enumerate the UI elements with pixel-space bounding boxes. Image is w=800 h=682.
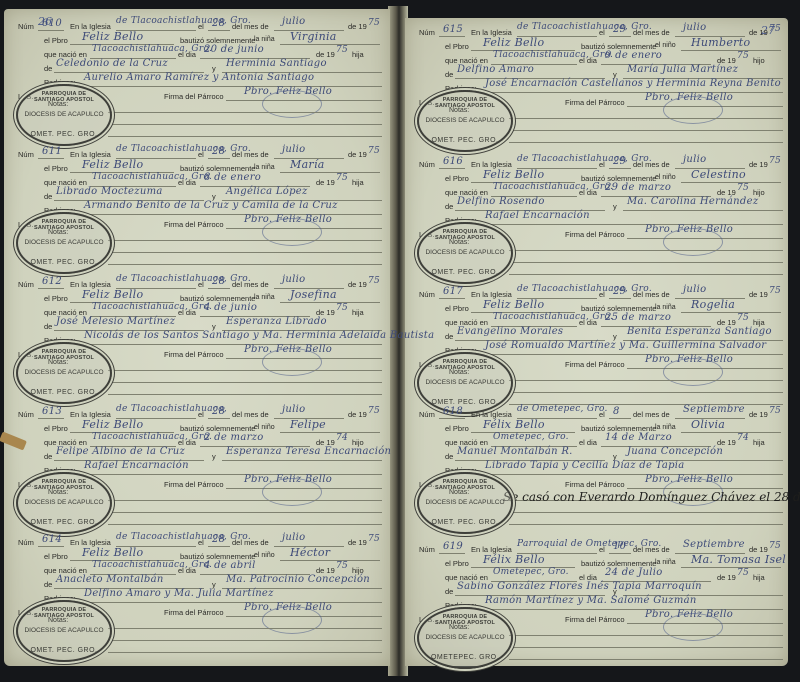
- baptism-record: Núm 617 En la Iglesia de Tlacoachistlahu…: [405, 290, 790, 420]
- madre-value: Esperanza Teresa Encarnación: [226, 446, 391, 457]
- baptism-record: Núm 611 En la Iglesia de Tlacoachistlahu…: [4, 150, 389, 280]
- seal-bottom-text: OMET. PEC. GRO.: [28, 647, 100, 654]
- nombre-value: Felipe: [290, 418, 326, 431]
- seal-bottom-text: OMET. PEC. GRO.: [429, 137, 501, 144]
- baptism-record: Núm 616 En la Iglesia de Tlacoachistlahu…: [405, 160, 790, 290]
- nacimiento-value: 25 de marzo: [605, 312, 671, 323]
- nacimiento-value: 24 de Julio: [605, 567, 663, 578]
- num-label: Núm: [419, 545, 435, 554]
- signature-flourish-icon: [262, 218, 322, 246]
- record-number: 617: [443, 286, 463, 297]
- firma-label: Firma del Párroco: [565, 360, 625, 369]
- anio-label: de 19: [348, 150, 367, 159]
- madre-value: Angélica López: [226, 186, 308, 197]
- notas-label: Notas:: [48, 617, 68, 624]
- notas-label: Notas:: [449, 489, 469, 496]
- num-label: Núm: [18, 22, 34, 31]
- padre-value: Delfino Amaro: [457, 64, 534, 75]
- dia-value: 28: [212, 406, 225, 417]
- seal-mid-text: DIOCESIS DE ACAPULCO: [423, 249, 507, 256]
- record-number: 615: [443, 24, 463, 35]
- baptism-record: Núm 610 En la Iglesia de Tlacoachistlahu…: [4, 22, 389, 152]
- de-label: de: [445, 587, 453, 596]
- nombre-value: Virginia: [290, 30, 337, 43]
- dia-value: 28: [212, 276, 225, 287]
- mes-label: del mes de: [633, 290, 670, 299]
- anio-value: 75: [769, 24, 781, 34]
- num-label: Núm: [419, 28, 435, 37]
- de-label: de: [44, 192, 52, 201]
- anio-nac-value: 75: [737, 313, 749, 323]
- num-label: Núm: [419, 160, 435, 169]
- anio-nac-value: 75: [336, 303, 348, 313]
- iglesia-value: de Ometepec, Gro.: [517, 404, 608, 414]
- anio-label: de 19: [749, 160, 768, 169]
- el-label: el: [599, 28, 605, 37]
- el-label: el: [599, 410, 605, 419]
- iglesia-value: de Tlacoachistlahuaca, Gro.: [116, 16, 251, 26]
- el-label: el: [198, 150, 204, 159]
- anio-label: de 19: [749, 410, 768, 419]
- baptism-record: Núm 614 En la Iglesia de Tlacoachistlahu…: [4, 538, 389, 668]
- padre-value: Librado Moctezuma: [56, 186, 163, 197]
- dia-value: 28: [212, 146, 225, 157]
- dia-label: el dia: [579, 438, 597, 447]
- pbro-label: el Pbro: [44, 424, 68, 433]
- nombre-value: Rogelia: [691, 298, 735, 311]
- record-number: 616: [443, 156, 463, 167]
- sexo-value: la niña: [254, 294, 275, 301]
- nombre-value: María: [290, 158, 325, 171]
- dia-value: 29: [613, 156, 626, 167]
- anio-value: 75: [769, 156, 781, 166]
- hijo-value: hija: [753, 438, 765, 447]
- sexo-value: la niña: [254, 36, 275, 43]
- de-label: de: [44, 452, 52, 461]
- nacimiento-value: 29 de marzo: [605, 182, 671, 193]
- record-number: 613: [42, 406, 62, 417]
- seal-mid-text: DIOCESIS DE ACAPULCO: [423, 117, 507, 124]
- mes-value: julio: [683, 22, 706, 33]
- madre-value: Herminia Santiago: [226, 58, 327, 69]
- parish-seal-icon: PARROQUIA DE SANTIAGO APOSTOL Notas: DIO…: [16, 600, 112, 662]
- seal-bottom-text: OMET. PEC. GRO.: [28, 389, 100, 396]
- seal-mid-text: DIOCESIS DE ACAPULCO: [22, 627, 106, 634]
- padrinos-value: Armando Benito de la Cruz y Camila de la…: [84, 200, 338, 211]
- anio-value: 75: [368, 18, 380, 28]
- parish-seal-icon: PARROQUIA DE SANTIAGO APOSTOL Notas: DIO…: [417, 352, 513, 414]
- notas-label: Notas:: [449, 239, 469, 246]
- num-label: Núm: [18, 410, 34, 419]
- sexo-value: el niño: [254, 424, 275, 431]
- anio-value: 75: [368, 534, 380, 544]
- mes-value: julio: [282, 16, 305, 27]
- parish-seal-icon: PARROQUIA DE SANTIAGO APOSTOL Notas: DIO…: [16, 212, 112, 274]
- anio-nac-value: 74: [737, 433, 749, 443]
- madre-value: María Julia Martínez: [627, 64, 738, 75]
- signature-flourish-icon: [663, 358, 723, 386]
- baptism-record: Núm 613 En la Iglesia de Tlacoachistlahu…: [4, 410, 389, 540]
- notas-label: Notas:: [48, 489, 68, 496]
- y-label: y: [613, 202, 617, 211]
- nacimiento-value: 2 de marzo: [204, 432, 264, 443]
- nacimiento-value: 8 de enero: [204, 172, 261, 183]
- madre-value: Benita Esperanza Santiago: [627, 326, 772, 337]
- record-number: 612: [42, 276, 62, 287]
- baptism-record: Núm 618 En la Iglesia de Ometepec, Gro. …: [405, 410, 790, 540]
- baptism-record: Núm 615 En la Iglesia de Tlacoachistlahu…: [405, 28, 790, 158]
- lugar-value: Ometepec, Gro.: [493, 567, 569, 577]
- seal-bottom-text: OMETEPEC. GRO.: [429, 654, 501, 661]
- el-label: el: [198, 538, 204, 547]
- hijo-value: hija: [753, 573, 765, 582]
- anio-nac-value: 75: [737, 568, 749, 578]
- firma-label: Firma del Párroco: [164, 220, 224, 229]
- de-label: de: [44, 322, 52, 331]
- hijo-value: hija: [352, 178, 364, 187]
- anio-nac-value: 75: [737, 51, 749, 61]
- hijo-value: hija: [352, 308, 364, 317]
- mes-value: julio: [282, 532, 305, 543]
- el-label: el: [599, 545, 605, 554]
- anio-value: 75: [368, 406, 380, 416]
- nacimiento-value: 4 de junio: [204, 302, 257, 313]
- iglesia-value: de Tlacoachistlahuaca, Gro.: [116, 144, 251, 154]
- pbro-value: Feliz Bello: [82, 158, 143, 171]
- anio-nac-value: 75: [336, 173, 348, 183]
- seal-bottom-text: OMET. PEC. GRO.: [28, 131, 100, 138]
- seal-mid-text: DIOCESIS DE ACAPULCO: [423, 499, 507, 506]
- el-label: el: [198, 22, 204, 31]
- num-label: Núm: [419, 410, 435, 419]
- nacimiento-value: 14 de Marzo: [605, 432, 672, 443]
- dia-label: el dia: [178, 566, 196, 575]
- mes-value: julio: [282, 274, 305, 285]
- padrinos-value: Librado Tapia y Cecilia Díaz de Tapia: [485, 460, 685, 471]
- firma-label: Firma del Párroco: [565, 615, 625, 624]
- sexo-value: la niña: [655, 304, 676, 311]
- mes-value: julio: [282, 144, 305, 155]
- anio-label: de 19: [348, 410, 367, 419]
- anio-value: 75: [769, 286, 781, 296]
- mes-label: del mes de: [232, 538, 269, 547]
- baptism-record: Núm 612 En la Iglesia de Tlacoachistlahu…: [4, 280, 389, 410]
- mes-label: del mes de: [633, 28, 670, 37]
- mes-label: del mes de: [232, 280, 269, 289]
- notas-label: Notas:: [449, 369, 469, 376]
- anio-value: 75: [368, 276, 380, 286]
- anio-label: de 19: [348, 22, 367, 31]
- dia-value: 8: [613, 406, 620, 417]
- seal-mid-text: DIOCESIS DE ACAPULCO: [22, 369, 106, 376]
- sexo-value: el niño: [655, 42, 676, 49]
- anio-nac-label: de 19: [316, 178, 335, 187]
- seal-mid-text: DIOCESIS DE ACAPULCO: [22, 499, 106, 506]
- pbro-value: Feliz Bello: [82, 546, 143, 559]
- firma-label: Firma del Párroco: [164, 92, 224, 101]
- baptism-record: Núm 619 En la Iglesia Parroquial de Omet…: [405, 545, 790, 675]
- parish-seal-icon: PARROQUIA DE SANTIAGO APOSTOL Notas: DIO…: [16, 84, 112, 146]
- pbro-value: Félix Bello: [483, 418, 545, 431]
- el-label: el: [599, 290, 605, 299]
- de-label: de: [445, 202, 453, 211]
- de-label: de: [445, 70, 453, 79]
- record-number: 618: [443, 406, 463, 417]
- pbro-label: el Pbro: [44, 294, 68, 303]
- nombre-value: Josefina: [290, 288, 337, 301]
- padre-value: José Melesio Martínez: [56, 316, 175, 327]
- signature-flourish-icon: [262, 606, 322, 634]
- notas-label: Notas:: [48, 359, 68, 366]
- padrinos-value: Nicolás de los Santos Santiago y Ma. Her…: [84, 330, 434, 341]
- pbro-label: el Pbro: [445, 424, 469, 433]
- parish-seal-icon: PARROQUIA DE SANTIAGO APOSTOL Notas: DIO…: [16, 472, 112, 534]
- nombre-value: Ma. Tomasa Isel: [691, 553, 786, 566]
- nombre-value: Humberto: [691, 36, 750, 49]
- seal-bottom-text: OMET. PEC. GRO.: [28, 259, 100, 266]
- dia-label: el dia: [178, 50, 196, 59]
- padrinos-value: Ramón Martínez y Ma. Salomé Guzmán: [485, 595, 697, 606]
- sexo-value: la niña: [655, 559, 676, 566]
- firma-label: Firma del Párroco: [565, 480, 625, 489]
- signature-flourish-icon: [262, 348, 322, 376]
- anio-label: de 19: [749, 290, 768, 299]
- dia-label: el dia: [579, 188, 597, 197]
- padre-value: Felipe Albino de la Cruz: [56, 446, 185, 457]
- pbro-value: Feliz Bello: [483, 36, 544, 49]
- pbro-label: el Pbro: [445, 304, 469, 313]
- firma-label: Firma del Párroco: [164, 480, 224, 489]
- record-number: 619: [443, 541, 463, 552]
- mes-label: del mes de: [633, 545, 670, 554]
- num-label: Núm: [18, 150, 34, 159]
- iglesia-value: de Tlacoachistlahuaca, Gro.: [116, 274, 251, 284]
- sexo-value: la niña: [655, 424, 676, 431]
- madre-value: Juana Concepción: [627, 446, 723, 457]
- el-label: el: [599, 160, 605, 169]
- madre-value: Ma. Carolina Hernández: [627, 196, 758, 207]
- de-label: de: [44, 64, 52, 73]
- sexo-value: la niña: [254, 164, 275, 171]
- padrinos-value: Aurelio Amaro Ramírez y Antonia Santiago: [84, 72, 314, 83]
- record-number: 611: [42, 146, 62, 157]
- mes-label: del mes de: [232, 150, 269, 159]
- padrinos-value: Rafael Encarnación: [84, 460, 189, 471]
- mes-label: del mes de: [633, 410, 670, 419]
- pbro-value: Feliz Bello: [82, 30, 143, 43]
- hijo-value: hijo: [753, 56, 765, 65]
- dia-label: el dia: [178, 308, 196, 317]
- seal-mid-text: DIOCESIS DE ACAPULCO: [423, 379, 507, 386]
- num-label: Núm: [18, 280, 34, 289]
- anio-nac-label: de 19: [717, 573, 736, 582]
- padre-value: Sabino González Flores Inés Tapia Marroq…: [457, 581, 702, 592]
- iglesia-value: de Tlacoachistlahuaca, Gro.: [517, 284, 652, 294]
- parish-seal-icon: PARROQUIA DE SANTIAGO APOSTOL Notas: DIO…: [417, 607, 513, 669]
- padrinos-value: Delfino Amaro y Ma. Julia Martínez: [84, 588, 274, 599]
- de-label: de: [445, 452, 453, 461]
- madre-value: Esperanza Librado: [226, 316, 327, 327]
- dia-value: 28: [212, 534, 225, 545]
- padrinos-value: José Encarnación Castellanos y Herminia …: [485, 78, 781, 89]
- hijo-value: hija: [352, 50, 364, 59]
- mes-value: Septiembre: [683, 539, 745, 550]
- seal-bottom-text: OMET. PEC. GRO.: [28, 519, 100, 526]
- dia-label: el dia: [579, 56, 597, 65]
- dia-value: 29: [613, 24, 626, 35]
- pbro-value: Félix Bello: [483, 553, 545, 566]
- iglesia-value: de Tlacoachistlahuaca,: [116, 404, 227, 414]
- num-label: Núm: [18, 538, 34, 547]
- seal-mid-text: DIOCESIS DE ACAPULCO: [423, 634, 507, 641]
- anio-value: 75: [769, 541, 781, 551]
- nacimiento-value: 4 de abril: [204, 560, 256, 571]
- dia-value: 10: [613, 541, 626, 552]
- parish-seal-icon: PARROQUIA DE SANTIAGO APOSTOL Notas: DIO…: [417, 222, 513, 284]
- pbro-label: el Pbro: [445, 559, 469, 568]
- notas-label: Notas:: [449, 107, 469, 114]
- mes-label: del mes de: [232, 22, 269, 31]
- anio-nac-value: 75: [336, 45, 348, 55]
- seal-mid-text: DIOCESIS DE ACAPULCO: [22, 111, 106, 118]
- sexo-value: el niño: [655, 174, 676, 181]
- signature-flourish-icon: [262, 90, 322, 118]
- pbro-value: Feliz Bello: [483, 168, 544, 181]
- dia-value: 28: [212, 18, 225, 29]
- pbro-label: el Pbro: [44, 552, 68, 561]
- pbro-value: Feliz Bello: [82, 288, 143, 301]
- nombre-value: Olivia: [691, 418, 725, 431]
- firma-label: Firma del Párroco: [565, 98, 625, 107]
- mes-label: del mes de: [232, 410, 269, 419]
- signature-flourish-icon: [663, 228, 723, 256]
- padre-value: Anacleto Montalbán: [56, 574, 164, 585]
- anio-nac-value: 74: [336, 433, 348, 443]
- parish-seal-icon: PARROQUIA DE SANTIAGO APOSTOL Notas: DIO…: [417, 90, 513, 152]
- mes-value: julio: [683, 154, 706, 165]
- pbro-label: el Pbro: [445, 42, 469, 51]
- nombre-value: Celestino: [691, 168, 746, 181]
- parish-seal-icon: PARROQUIA DE SANTIAGO APOSTOL Notas: DIO…: [16, 342, 112, 404]
- signature-flourish-icon: [663, 613, 723, 641]
- el-label: el: [198, 410, 204, 419]
- anio-value: 75: [769, 406, 781, 416]
- anio-label: de 19: [348, 538, 367, 547]
- pbro-value: Feliz Bello: [82, 418, 143, 431]
- num-label: Núm: [419, 290, 435, 299]
- lugar-value: Ometepec, Gro.: [493, 432, 569, 442]
- marginal-note: Se casó con Everardo Domínguez Chávez el…: [503, 490, 800, 504]
- padrinos-value: Rafael Encarnación: [485, 210, 590, 221]
- pbro-label: el Pbro: [44, 164, 68, 173]
- iglesia-value: de Tlacoachistlahuaca, Gro.: [116, 532, 251, 542]
- padre-value: Celedonio de la Cruz: [56, 58, 168, 69]
- seal-mid-text: DIOCESIS DE ACAPULCO: [22, 239, 106, 246]
- anio-label: de 19: [348, 280, 367, 289]
- firma-label: Firma del Párroco: [164, 350, 224, 359]
- dia-label: el dia: [579, 318, 597, 327]
- y-label: y: [212, 452, 216, 461]
- padre-value: Evangelino Morales: [457, 326, 563, 337]
- mes-value: julio: [282, 404, 305, 415]
- dia-value: 29: [613, 286, 626, 297]
- seal-bottom-text: OMET. PEC. GRO.: [429, 269, 501, 276]
- notas-label: Notas:: [48, 229, 68, 236]
- madre-value: Ma. Patrocinio Concepción: [226, 574, 370, 585]
- de-label: de: [44, 580, 52, 589]
- mes-label: del mes de: [633, 160, 670, 169]
- nacimiento-value: 9 de enero: [605, 50, 662, 61]
- pbro-value: Feliz Bello: [483, 298, 544, 311]
- notas-label: Notas:: [48, 101, 68, 108]
- seal-bottom-text: OMET. PEC. GRO.: [429, 399, 501, 406]
- dia-label: el dia: [178, 178, 196, 187]
- signature-flourish-icon: [663, 96, 723, 124]
- padrinos-value: José Romualdo Martínez y Ma. Guillermina…: [485, 340, 766, 351]
- pbro-label: el Pbro: [445, 174, 469, 183]
- sexo-value: el niño: [254, 552, 275, 559]
- signature-flourish-icon: [262, 478, 322, 506]
- iglesia-value: de Tlacoachistlahuaca, Gro.: [517, 22, 652, 32]
- de-label: de: [445, 332, 453, 341]
- record-number: 614: [42, 534, 62, 545]
- pbro-label: el Pbro: [44, 36, 68, 45]
- nacimiento-value: 20 de junio: [204, 44, 264, 55]
- anio-label: de 19: [749, 28, 768, 37]
- iglesia-value: de Tlacoachistlahuaca, Gro.: [517, 154, 652, 164]
- padre-value: Delfino Rosendo: [457, 196, 545, 207]
- mes-value: julio: [683, 284, 706, 295]
- el-label: el: [198, 280, 204, 289]
- seal-bottom-text: OMET. PEC. GRO.: [429, 519, 501, 526]
- parish-seal-icon: PARROQUIA DE SANTIAGO APOSTOL Notas: DIO…: [417, 472, 513, 534]
- firma-label: Firma del Párroco: [164, 608, 224, 617]
- mes-value: Septiembre: [683, 404, 745, 415]
- nombre-value: Héctor: [290, 546, 330, 559]
- anio-value: 75: [368, 146, 380, 156]
- firma-label: Firma del Párroco: [565, 230, 625, 239]
- anio-nac-value: 75: [737, 183, 749, 193]
- notas-label: Notas:: [449, 624, 469, 631]
- padre-value: Manuel Montalbán R.: [457, 446, 573, 457]
- record-number: 610: [42, 18, 62, 29]
- anio-nac-value: 75: [336, 561, 348, 571]
